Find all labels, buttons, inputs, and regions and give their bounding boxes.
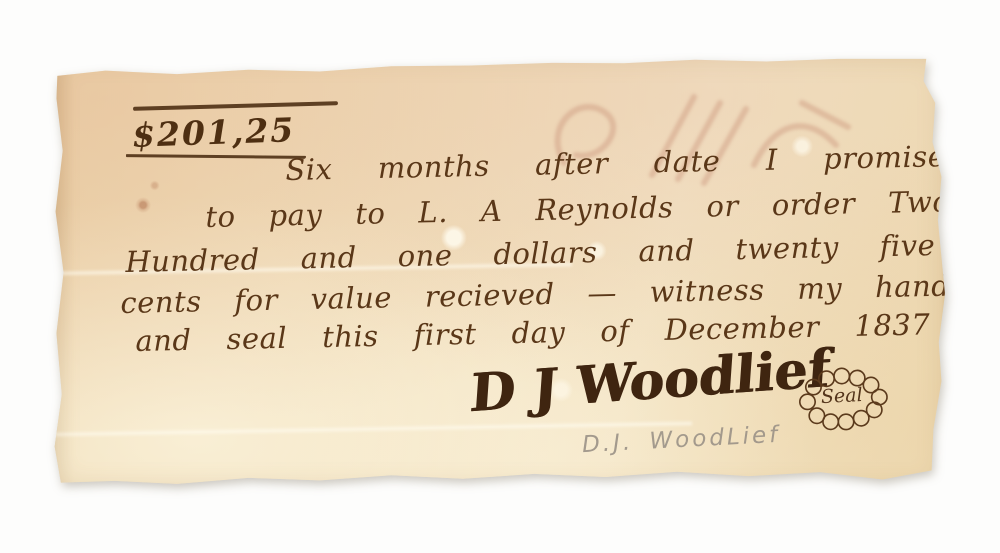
pencil-annotation: D.J. WoodLief [581, 422, 780, 458]
top-rule-line [133, 101, 338, 111]
amount-underline [126, 154, 306, 159]
document-shadow-wrap: $201,25 Six months after date I promise … [52, 55, 945, 490]
seal-doodle: Seal [792, 365, 891, 436]
photo-canvas: $201,25 Six months after date I promise … [0, 0, 1000, 553]
amount-text: $201,25 [131, 110, 296, 155]
promissory-note-paper: $201,25 Six months after date I promise … [52, 55, 945, 490]
